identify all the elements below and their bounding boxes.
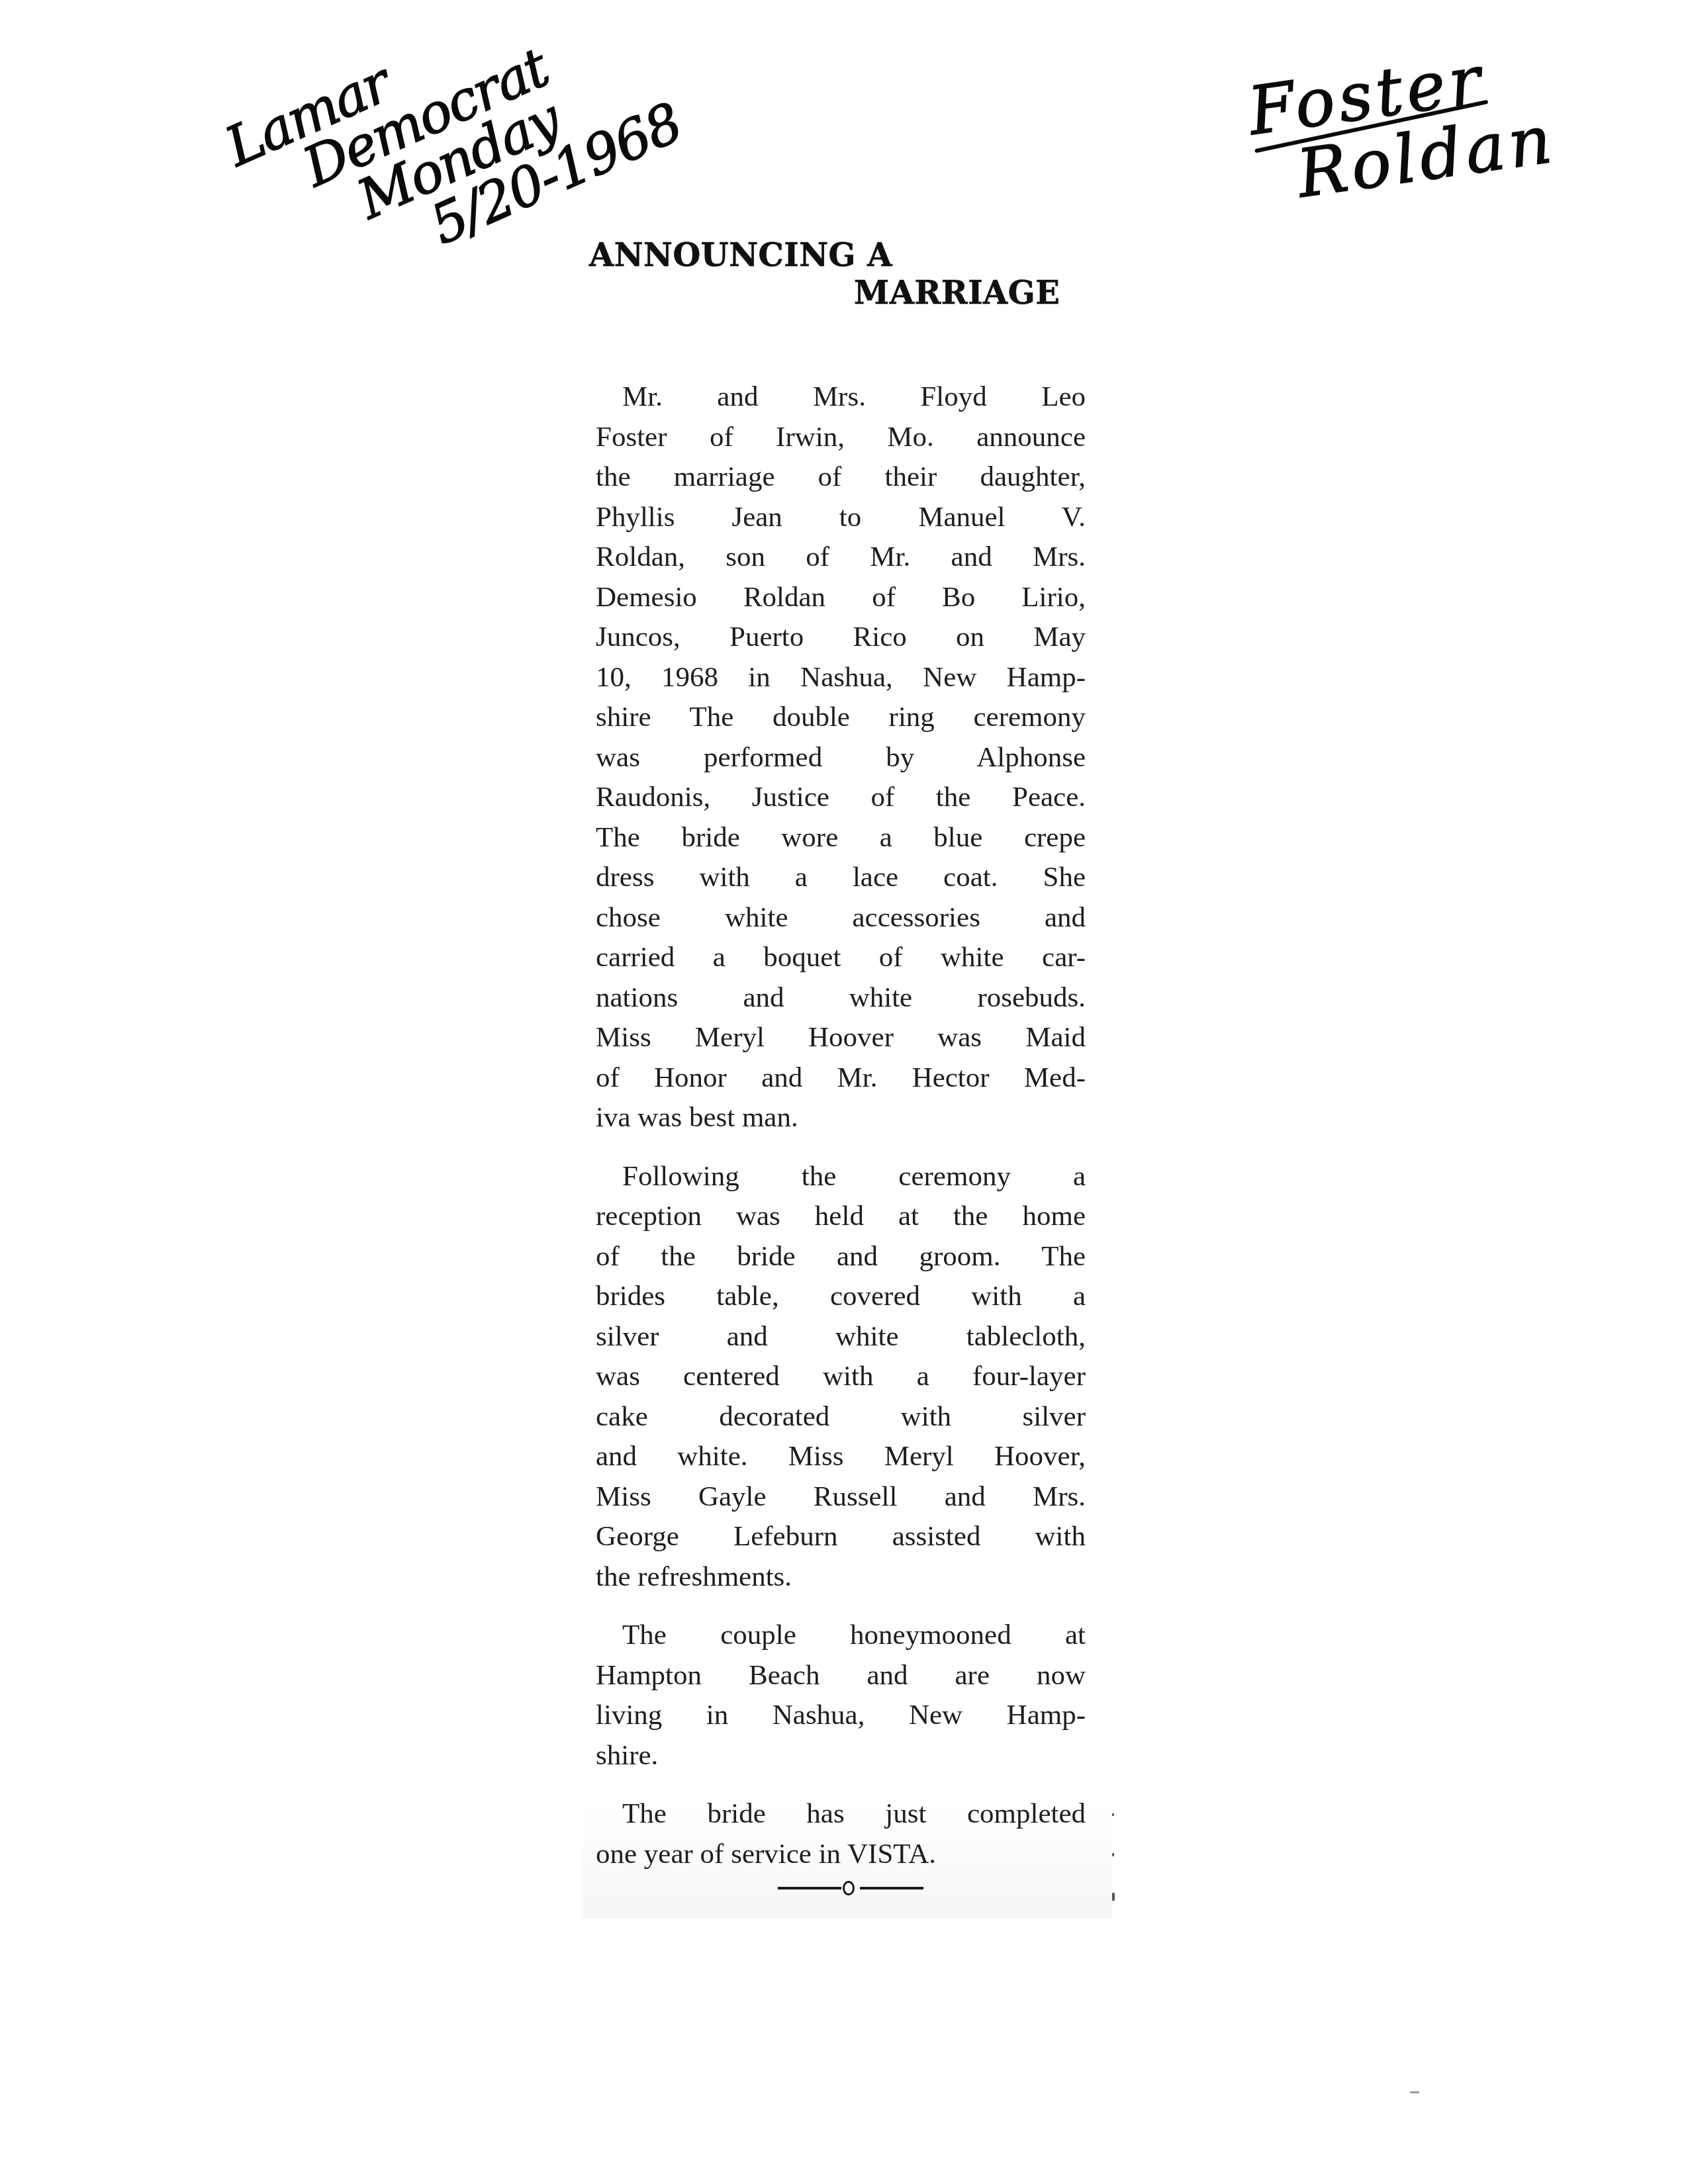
article-headline: ANNOUNCING A MARRIAGE — [589, 238, 1060, 311]
article-line: chose white accessories and — [596, 898, 1086, 938]
article-line: George Lefeburn assisted with — [596, 1517, 1086, 1557]
article-line: Foster of Irwin, Mo. announce — [596, 418, 1086, 458]
article-paragraph: The bride has just completedone year of … — [596, 1794, 1086, 1874]
article-line: silver and white tablecloth, — [596, 1317, 1086, 1357]
article-line: Roldan, son of Mr. and Mrs. — [596, 537, 1086, 578]
article-line: Demesio Roldan of Bo Lirio, — [596, 578, 1086, 618]
article-line: carried a boquet of white car- — [596, 938, 1086, 978]
article-line: was performed by Alphonse — [596, 738, 1086, 778]
article-line: the refreshments. — [596, 1557, 1086, 1598]
article-paragraph: Mr. and Mrs. Floyd LeoFoster of Irwin, M… — [596, 377, 1086, 1138]
headline-line-1: ANNOUNCING A — [589, 238, 1060, 273]
article-line: Hampton Beach and are now — [596, 1656, 1086, 1696]
article-line: Miss Meryl Hoover was Maid — [596, 1018, 1086, 1058]
article-line: living in Nashua, New Hamp- — [596, 1696, 1086, 1736]
scan-artifact — [1112, 1813, 1114, 1816]
article-line: Following the ceremony a — [596, 1157, 1086, 1197]
article-line: iva was best man. — [596, 1098, 1086, 1138]
article-line: reception was held at the home — [596, 1197, 1086, 1237]
article-line: cake decorated with silver — [596, 1397, 1086, 1437]
article-line: shire The double ring ceremony — [596, 698, 1086, 738]
article-line: of Honor and Mr. Hector Med- — [596, 1058, 1086, 1099]
ornament-circle-icon — [843, 1881, 855, 1895]
handwritten-surnames-note: Foster Roldan — [1244, 38, 1560, 213]
article-line: brides table, covered with a — [596, 1277, 1086, 1317]
article-line: 10, 1968 in Nashua, New Hamp- — [596, 658, 1086, 698]
article-line: dress with a lace coat. She — [596, 858, 1086, 898]
article-line: shire. — [596, 1736, 1086, 1776]
article-line: the marriage of their daughter, — [596, 457, 1086, 498]
article-line: nations and white rosebuds. — [596, 978, 1086, 1019]
article-line: one year of service in VISTA. — [596, 1835, 1086, 1875]
article-line: The couple honeymooned at — [596, 1615, 1086, 1656]
end-of-article-ornament — [778, 1880, 923, 1897]
ornament-rule-left — [778, 1887, 841, 1889]
article-paragraph: The couple honeymooned atHampton Beach a… — [596, 1615, 1086, 1776]
article-paragraph: Following the ceremony areception was he… — [596, 1157, 1086, 1598]
article-line: of the bride and groom. The — [596, 1237, 1086, 1277]
headline-line-2: MARRIAGE — [854, 276, 1060, 311]
article-line: Juncos, Puerto Rico on May — [596, 617, 1086, 658]
article-line: Raudonis, Justice of the Peace. — [596, 778, 1086, 818]
newspaper-clipping: ANNOUNCING A MARRIAGE Mr. and Mrs. Floyd… — [583, 238, 1112, 1919]
scan-artifact — [1112, 1853, 1114, 1856]
article-line: The bride has just completed — [596, 1794, 1086, 1835]
article-line: Mr. and Mrs. Floyd Leo — [596, 377, 1086, 418]
article-line: Miss Gayle Russell and Mrs. — [596, 1477, 1086, 1518]
article-line: Phyllis Jean to Manuel V. — [596, 498, 1086, 538]
article-body: Mr. and Mrs. Floyd LeoFoster of Irwin, M… — [596, 377, 1086, 1874]
scan-artifact — [1410, 2091, 1419, 2093]
scan-artifact — [1112, 1893, 1115, 1901]
article-line: was centered with a four-layer — [596, 1357, 1086, 1397]
article-line: The bride wore a blue crepe — [596, 818, 1086, 858]
ornament-rule-right — [860, 1887, 923, 1889]
article-line: and white. Miss Meryl Hoover, — [596, 1437, 1086, 1477]
